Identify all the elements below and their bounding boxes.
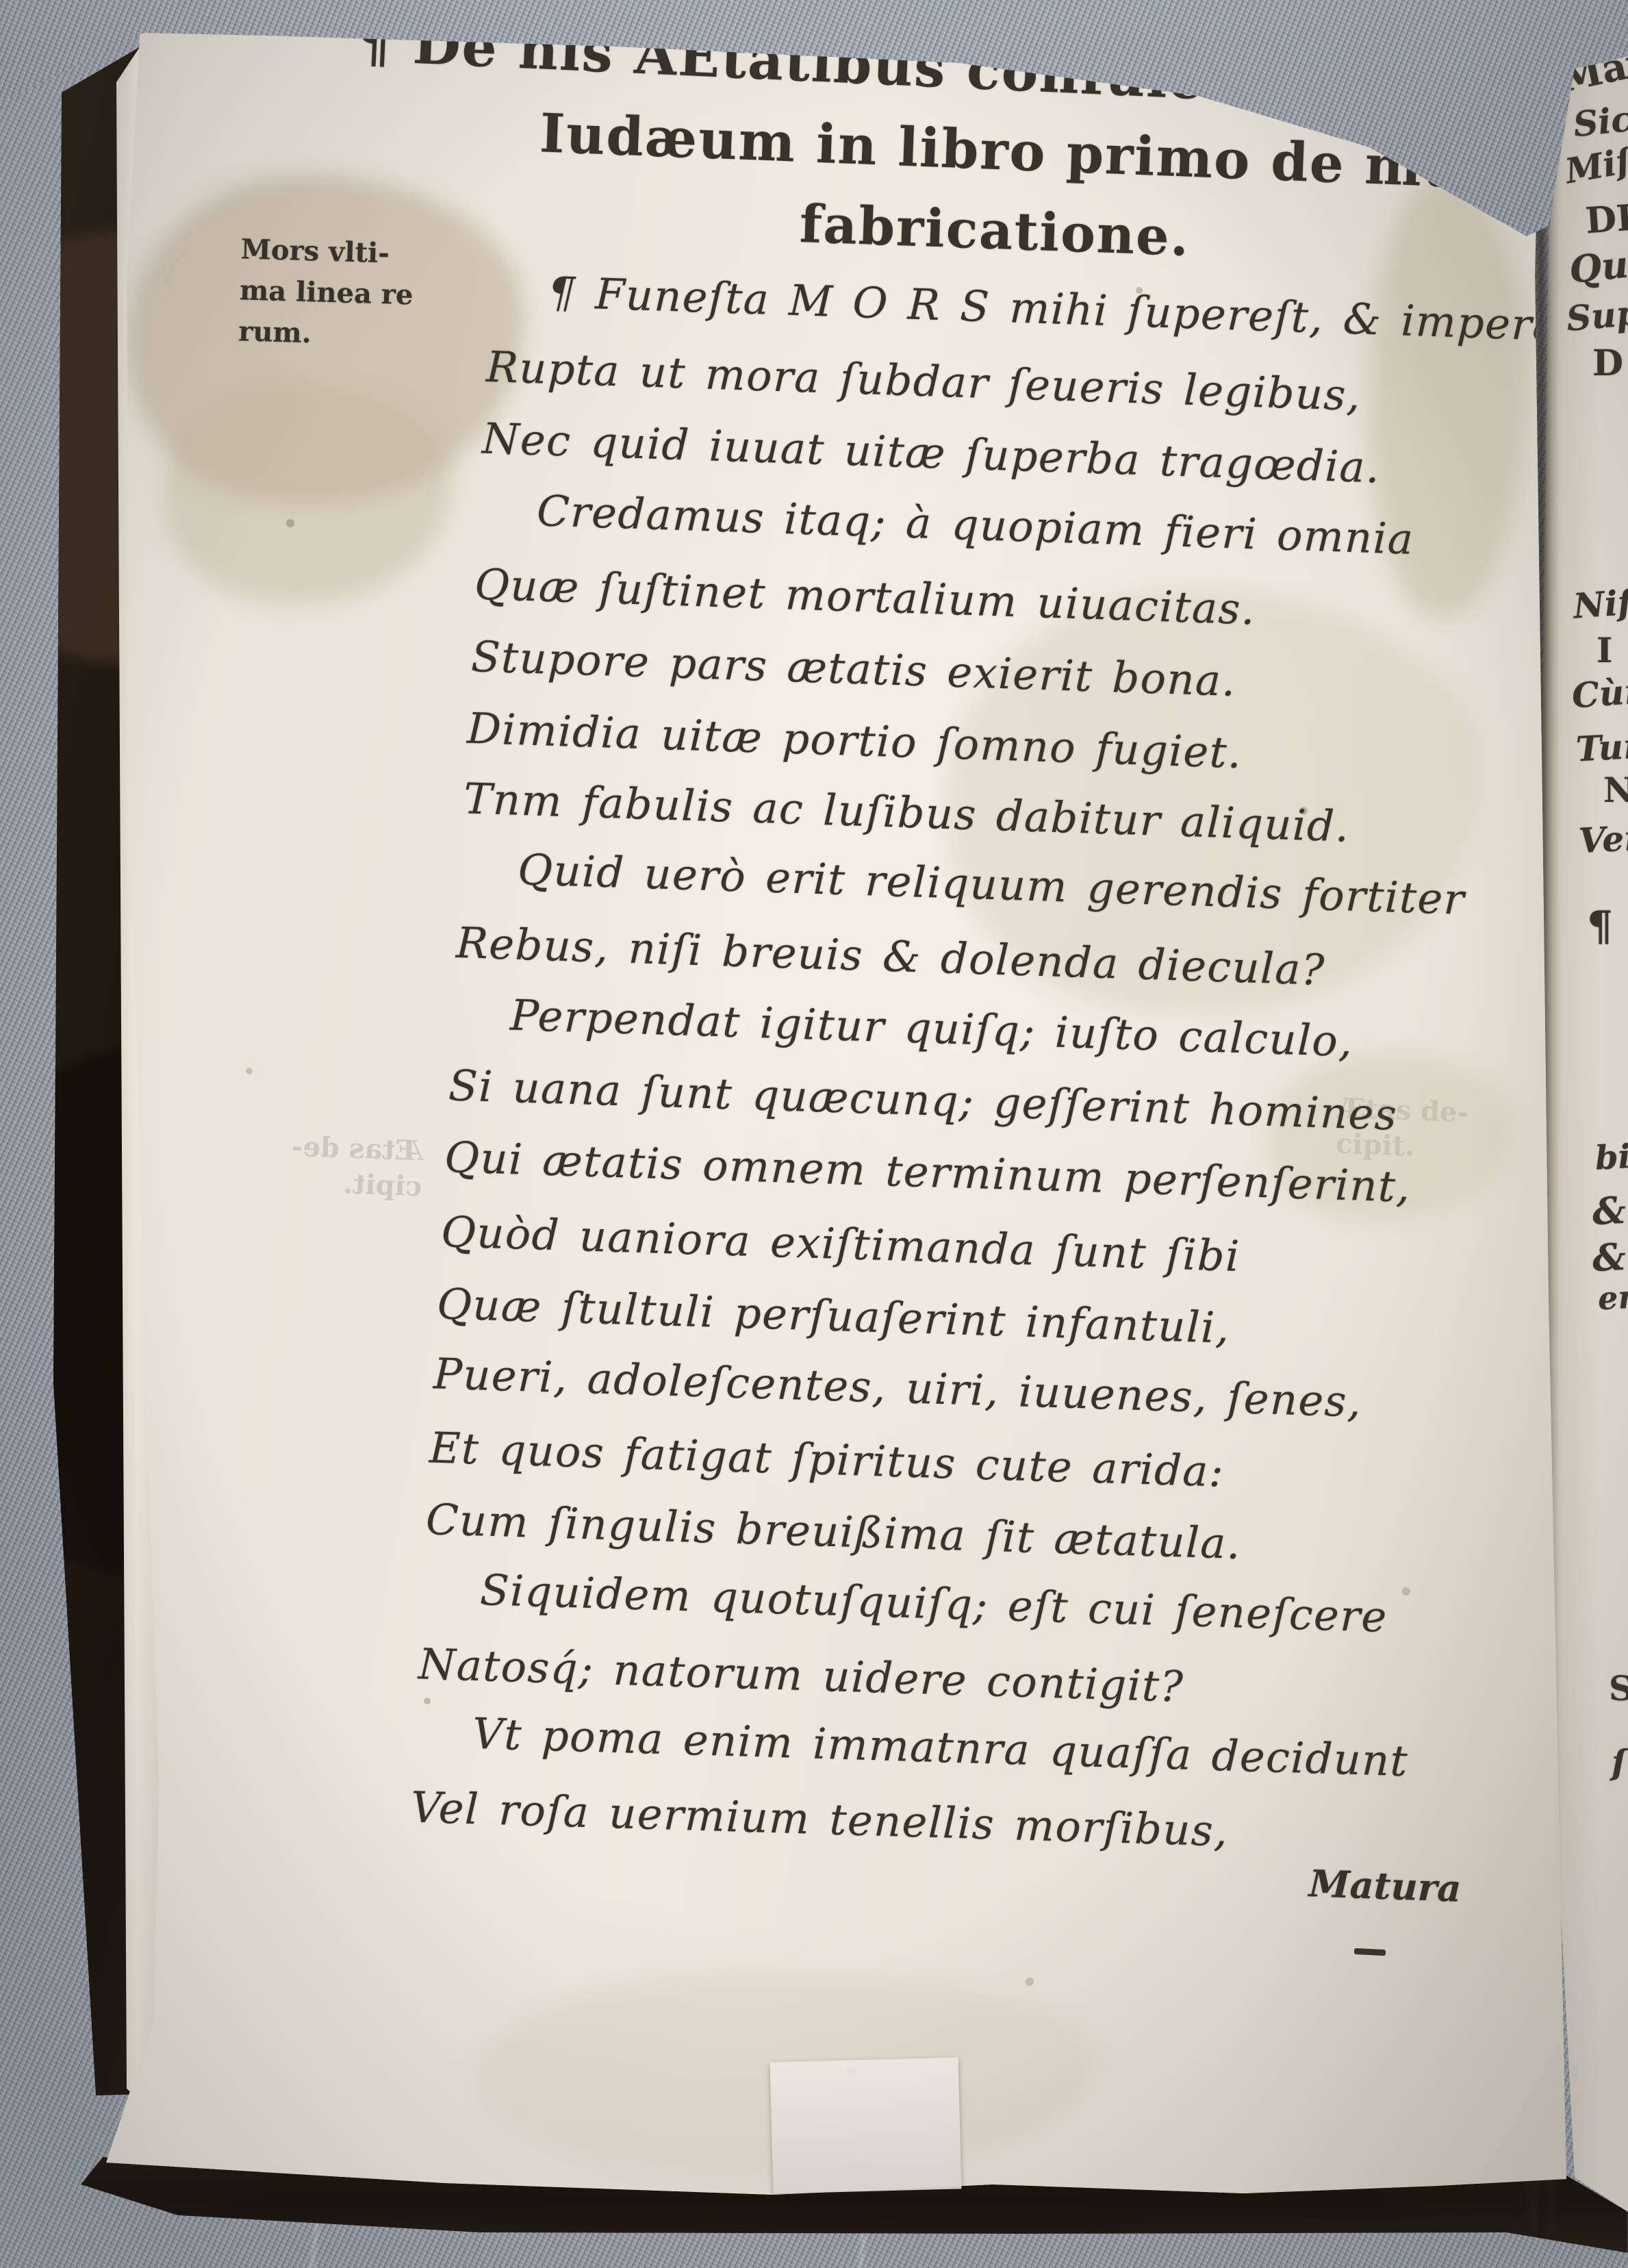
verse-line: Nec quid iuuat uitæ ſuperba tragœdia. xyxy=(481,413,1381,492)
verse-line: Natosq́; natorum uidere contigit? xyxy=(418,1639,1184,1711)
bleed-through-line: cipit. xyxy=(1335,1126,1468,1167)
verse-line: Vel roſa uermium tenellis morſibus, xyxy=(410,1782,1229,1856)
verse-line: Siquidem quotuſquiſq; eſt cui ſeneſcere xyxy=(479,1565,1388,1642)
verse-line: Quæ ſtultuli perſuaſerint infantuli, xyxy=(436,1278,1231,1353)
verse-line: Pueri, adoleſcentes, uiri, iuuenes, ſene… xyxy=(433,1348,1362,1426)
catchword-dash xyxy=(1354,1948,1386,1956)
verse-line: Cum ſingulis breuißima ſit ætatula. xyxy=(425,1494,1242,1569)
next-page-fragment: Cùm xyxy=(1570,670,1628,716)
next-page-fragment: & xyxy=(1591,1188,1627,1233)
next-page-fragment: Supe xyxy=(1565,290,1628,339)
next-page-fragment: D xyxy=(1592,342,1623,384)
book-photo-scene: MatSicMiſcDIQuòSupeDNiſiICùmTurNVer¶bil&… xyxy=(0,0,1628,2268)
verse-line: Et quos fatigat ſpiritus cute arida: xyxy=(429,1422,1225,1496)
next-page-fragment: bil xyxy=(1594,1137,1628,1178)
margin-note: Mors vlti- ma linea re rum. xyxy=(238,229,420,357)
verse-line: Quæ ſuſtinet mortalium uiuacitas. xyxy=(474,559,1256,634)
next-page-fragment: er xyxy=(1597,1278,1628,1318)
verse-line: Rupta ut mora ſubdar ſeueris legibus, xyxy=(485,342,1362,420)
next-page-fragment: N xyxy=(1603,770,1628,810)
bleed-through-note: Ætas de- cipit. xyxy=(1335,1091,1469,1167)
next-page-fragment: ¶ xyxy=(1587,903,1613,950)
catchword: Matura xyxy=(1308,1861,1462,1911)
bleed-through-line: cipit. xyxy=(290,1165,422,1205)
header-line-3: fabricatione. xyxy=(799,193,1191,268)
book-page: ¶ De his AEtatibus conſule Philonem Iudæ… xyxy=(0,0,1628,2268)
margin-note-line: ma linea re xyxy=(239,270,418,316)
next-page-fragment: I xyxy=(1597,630,1612,670)
next-page-fragment: Quò xyxy=(1567,240,1628,292)
next-page-fragment: DI xyxy=(1584,197,1628,242)
water-stain xyxy=(164,383,452,603)
margin-note-line: rum. xyxy=(238,311,418,357)
bleed-through-line: Ætas de- xyxy=(1336,1091,1469,1131)
verse-line: Quòd uaniora exiſtimanda ſunt ſibi xyxy=(440,1207,1241,1281)
verse-line: Credamus itaq; à quopiam fieri omnia xyxy=(536,486,1414,564)
next-page-fragment: Niſi xyxy=(1572,581,1628,626)
verse-line: Si uana ſunt quæcunq; geſſerint homines xyxy=(448,1060,1398,1139)
repair-paper-slip xyxy=(770,2057,962,2193)
bleed-through-note: Ætas de- cipit. xyxy=(290,1129,424,1205)
next-page-fragment: & xyxy=(1591,1235,1627,1280)
margin-note-line: Mors vlti- xyxy=(240,229,420,275)
next-page-fragment: Tur xyxy=(1575,726,1628,770)
next-page-fragment: Sic xyxy=(1571,99,1628,145)
next-page-fragment: ſ xyxy=(1612,1742,1627,1782)
next-page-fragment: S xyxy=(1609,1668,1628,1709)
bleed-through-line: Ætas de- xyxy=(291,1129,424,1170)
verse-line: Vt poma enim immatnra quaſſa decidunt xyxy=(472,1709,1409,1787)
next-page-fragment: Ver xyxy=(1578,818,1628,861)
